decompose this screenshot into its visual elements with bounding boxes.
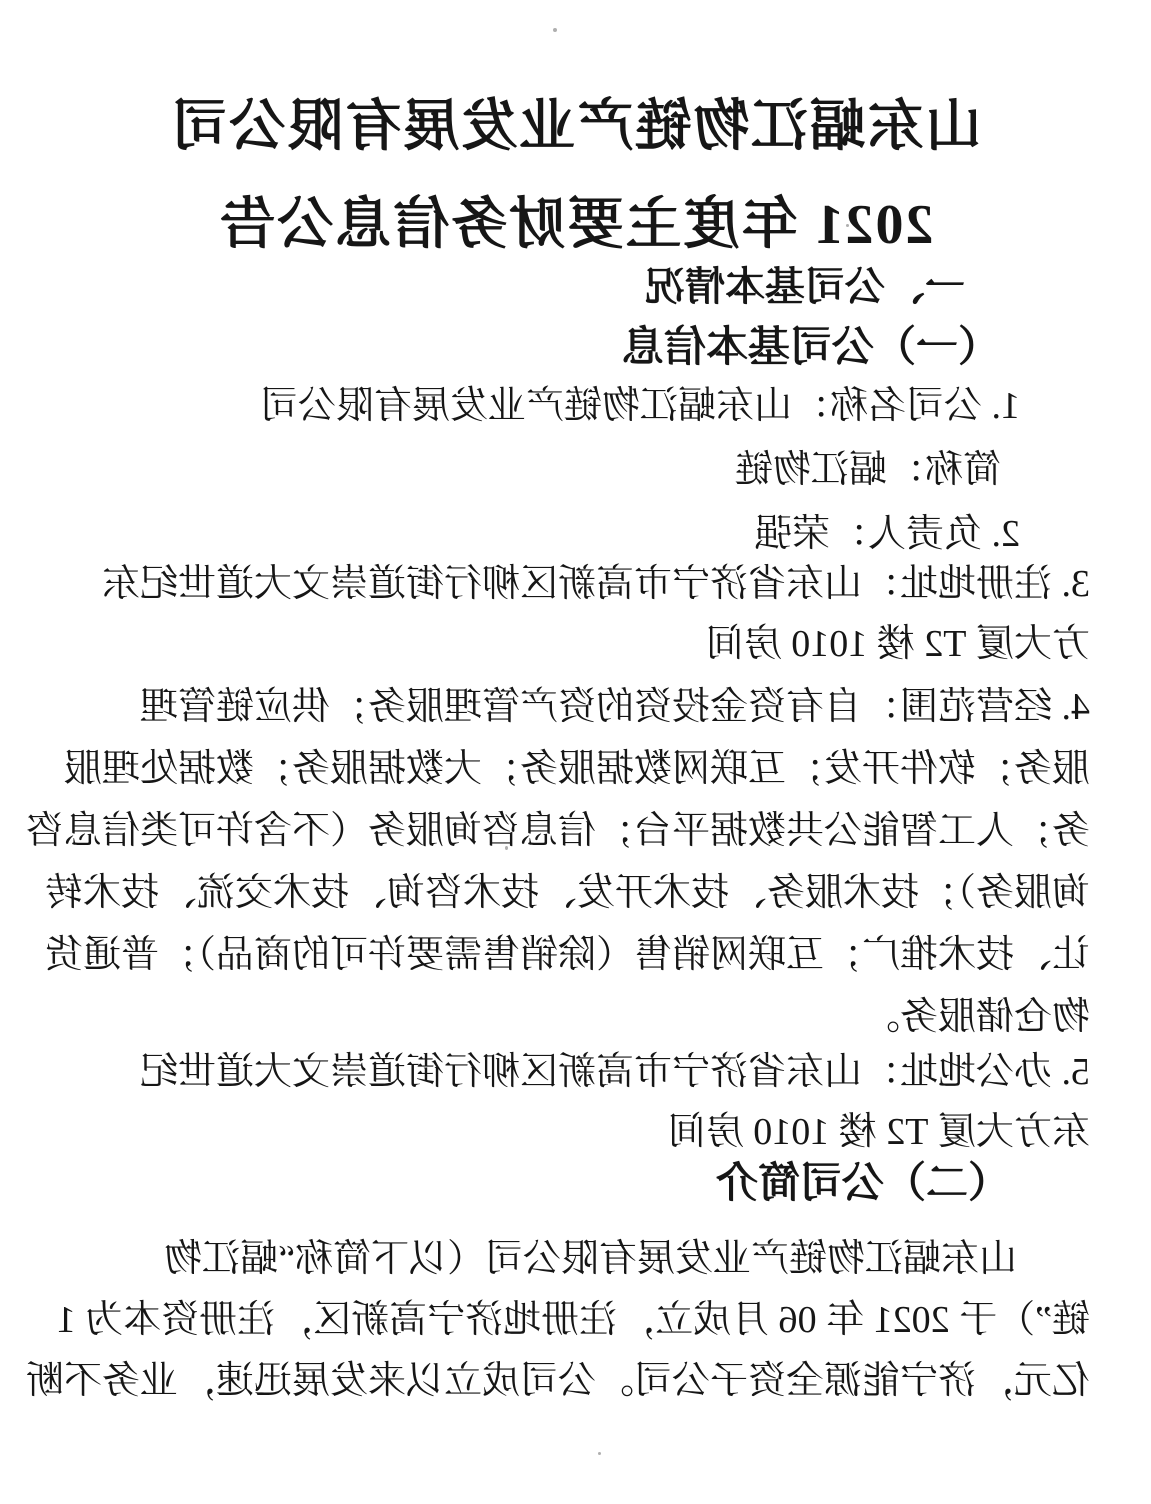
item-registered-address-line-1: 3. 注册地址：山东省济宁市高新区柳行街道崇文大道世纪东 bbox=[102, 561, 1090, 609]
item-business-scope-line-4: 询服务）；技术服务、技术开发、技术咨询、技术交流、技术转 bbox=[45, 870, 1090, 918]
scan-speck bbox=[846, 224, 849, 227]
item-business-scope-line-2: 服务；软件开发；互联网数据服务；大数据服务；数据处理服 bbox=[64, 746, 1090, 794]
mirrored-scan-content: 山东蝠江物链产业发展有限公司 2021 年度主要财务信息公告 一、公司基本情况 … bbox=[0, 0, 1151, 1504]
item-company-short-name: 简称：蝠江物链 bbox=[735, 447, 1001, 495]
section-heading-company-basic-situation: 一、公司基本情况 bbox=[645, 262, 965, 312]
item-business-scope-line-3: 务；人工智能公共数据平台；信息咨询服务（不含许可类信息咨 bbox=[26, 808, 1090, 856]
item-business-scope-line-1: 4. 经营范围：自有资金投资的资产管理服务；供应链管理 bbox=[140, 684, 1090, 732]
subsection-heading-company-profile: （二）公司简介 bbox=[716, 1158, 1010, 1211]
item-office-address-line-2: 东方大厦 T2 楼 1010 房间 bbox=[668, 1109, 1090, 1157]
item-business-scope-line-5: 让、技术推广；互联网销售（除销售需要许可的商品）；普通货 bbox=[45, 932, 1090, 980]
company-intro-line-3: 亿元，济宁能源全资子公司。公司成立以来发展迅速，业务不断 bbox=[26, 1358, 1090, 1406]
item-company-name: 1. 公司名称：山东蝠江物链产业发展有限公司 bbox=[260, 383, 1020, 431]
scanned-document-page: 山东蝠江物链产业发展有限公司 2021 年度主要财务信息公告 一、公司基本情况 … bbox=[0, 0, 1151, 1504]
scan-speck bbox=[598, 1452, 601, 1455]
scan-speck bbox=[505, 846, 508, 850]
item-registered-address-line-2: 方大厦 T2 楼 1010 房间 bbox=[706, 621, 1090, 669]
item-principal: 2. 负责人：荣强 bbox=[754, 511, 1020, 559]
company-intro-line-2: 链”）于 2021 年 06 月成立，注册地济宁高新区，注册资本为 1 bbox=[57, 1297, 1090, 1345]
document-title-line-1: 山东蝠江物链产业发展有限公司 bbox=[0, 92, 1151, 162]
item-office-address-line-1: 5. 办公地址：山东省济宁市高新区柳行街道崇文大道世纪 bbox=[140, 1049, 1090, 1097]
item-business-scope-line-6: 物仓储服务。 bbox=[862, 994, 1090, 1042]
subsection-heading-company-basic-info: （一）公司基本信息 bbox=[622, 322, 1000, 375]
scan-speck bbox=[553, 28, 557, 32]
company-intro-line-1: 山东蝠江物链产业发展有限公司（以下简称“蝠江物 bbox=[164, 1236, 1017, 1284]
document-title-line-2: 2021 年度主要财务信息公告 bbox=[0, 190, 1151, 260]
